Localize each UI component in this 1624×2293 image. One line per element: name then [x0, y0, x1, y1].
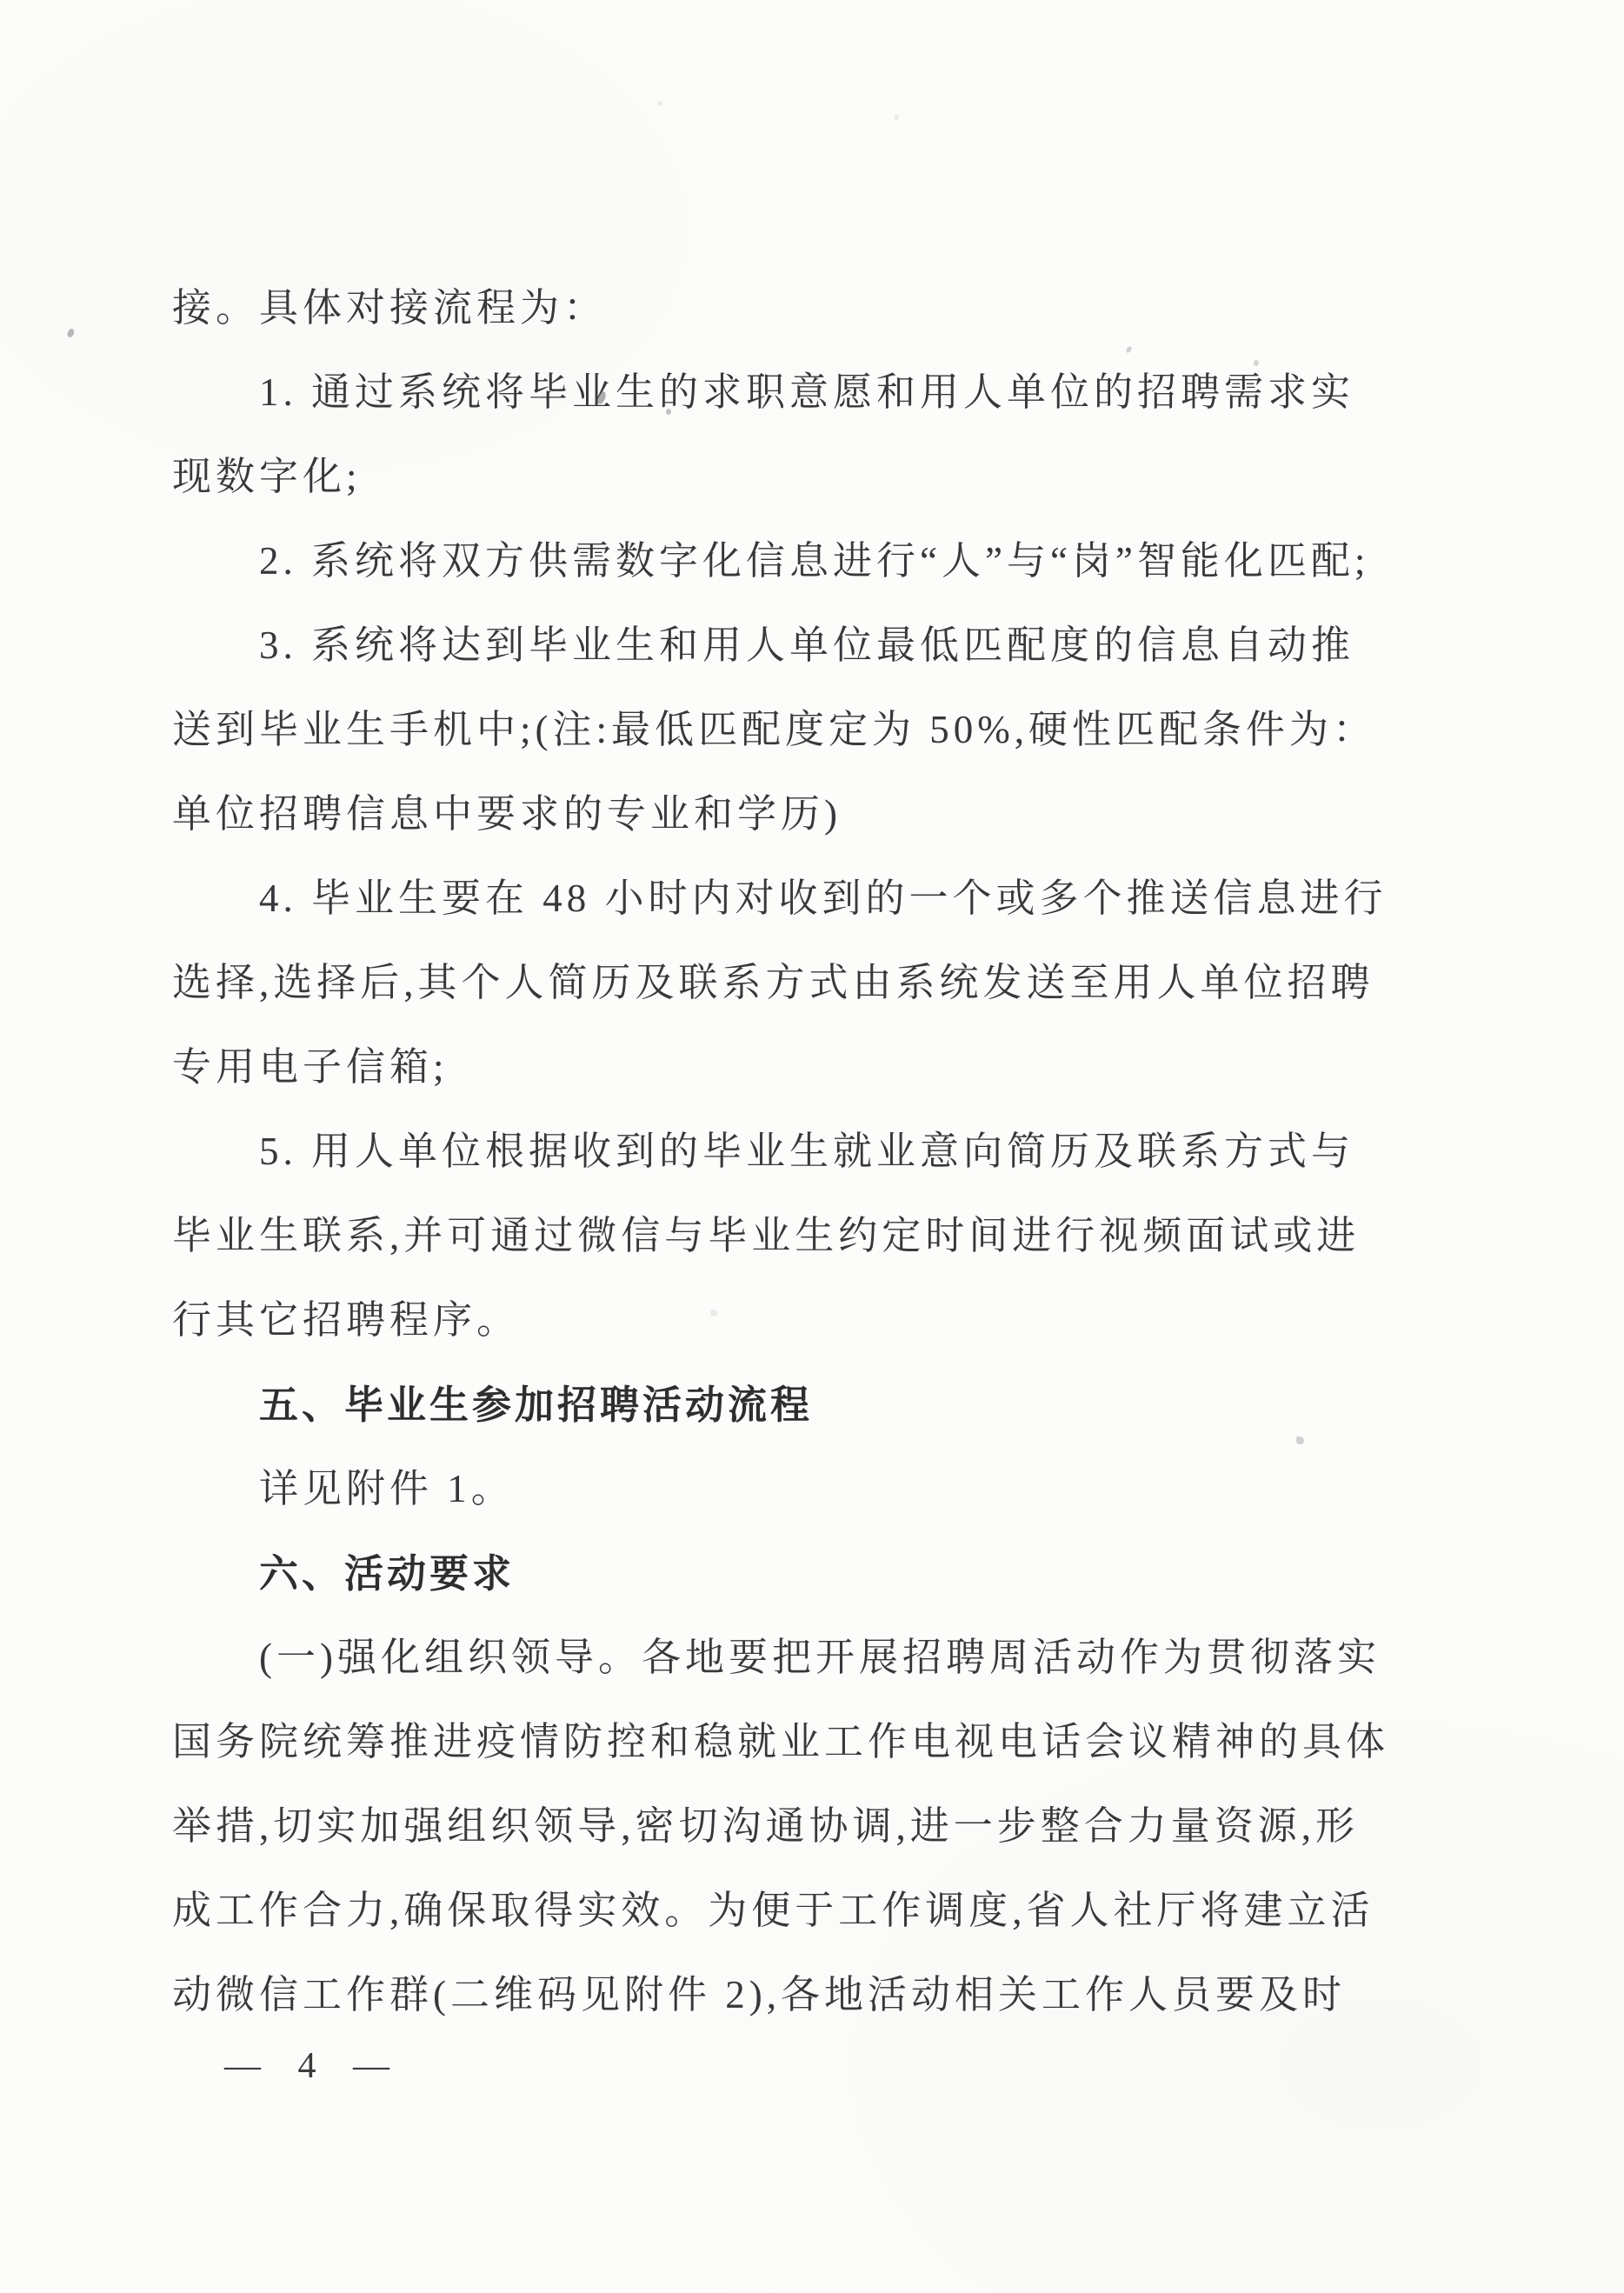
- text-line: 举措,切实加强组织领导,密切沟通协调,进一步整合力量资源,形: [172, 1784, 1450, 1869]
- text-line: 选择,选择后,其个人简历及联系方式由系统发送至用人单位招聘: [172, 941, 1450, 1025]
- section-heading: 六、活动要求: [172, 1531, 1450, 1616]
- text-line: 详见附件 1。: [172, 1447, 1450, 1531]
- section-heading: 五、毕业生参加招聘活动流程: [172, 1363, 1450, 1447]
- text-line: 送到毕业生手机中;(注:最低匹配度定为 50%,硬性匹配条件为：: [172, 688, 1450, 772]
- text-line: 成工作合力,确保取得实效。为便于工作调度,省人社厅将建立活: [172, 1869, 1450, 1953]
- text-line: 接。具体对接流程为：: [172, 266, 1450, 350]
- text-line: 单位招聘信息中要求的专业和学历): [172, 772, 1450, 857]
- text-line: 2. 系统将双方供需数字化信息进行“人”与“岗”智能化匹配;: [172, 519, 1450, 603]
- text-line: 5. 用人单位根据收到的毕业生就业意向简历及联系方式与: [172, 1110, 1450, 1194]
- scan-speck: [66, 328, 76, 338]
- scan-speck: [894, 115, 899, 120]
- text-line: 4. 毕业生要在 48 小时内对收到的一个或多个推送信息进行: [172, 857, 1450, 941]
- text-line: 动微信工作群(二维码见附件 2),各地活动相关工作人员要及时: [172, 1953, 1450, 2037]
- text-line: 3. 系统将达到毕业生和用人单位最低匹配度的信息自动推: [172, 603, 1450, 688]
- text-line: (一)强化组织领导。各地要把开展招聘周活动作为贯彻落实: [172, 1616, 1450, 1700]
- text-line: 行其它招聘程序。: [172, 1278, 1450, 1363]
- text-line: 1. 通过系统将毕业生的求职意愿和用人单位的招聘需求实: [172, 350, 1450, 435]
- document-page: 接。具体对接流程为： 1. 通过系统将毕业生的求职意愿和用人单位的招聘需求实 现…: [0, 0, 1624, 2293]
- document-body: 接。具体对接流程为： 1. 通过系统将毕业生的求职意愿和用人单位的招聘需求实 现…: [172, 266, 1450, 2037]
- page-number: — 4 —: [224, 2045, 403, 2087]
- text-line: 现数字化;: [172, 435, 1450, 519]
- scan-speck: [657, 101, 662, 106]
- text-line: 专用电子信箱;: [172, 1025, 1450, 1110]
- text-line: 毕业生联系,并可通过微信与毕业生约定时间进行视频面试或进: [172, 1194, 1450, 1278]
- text-line: 国务院统筹推进疫情防控和稳就业工作电视电话会议精神的具体: [172, 1700, 1450, 1784]
